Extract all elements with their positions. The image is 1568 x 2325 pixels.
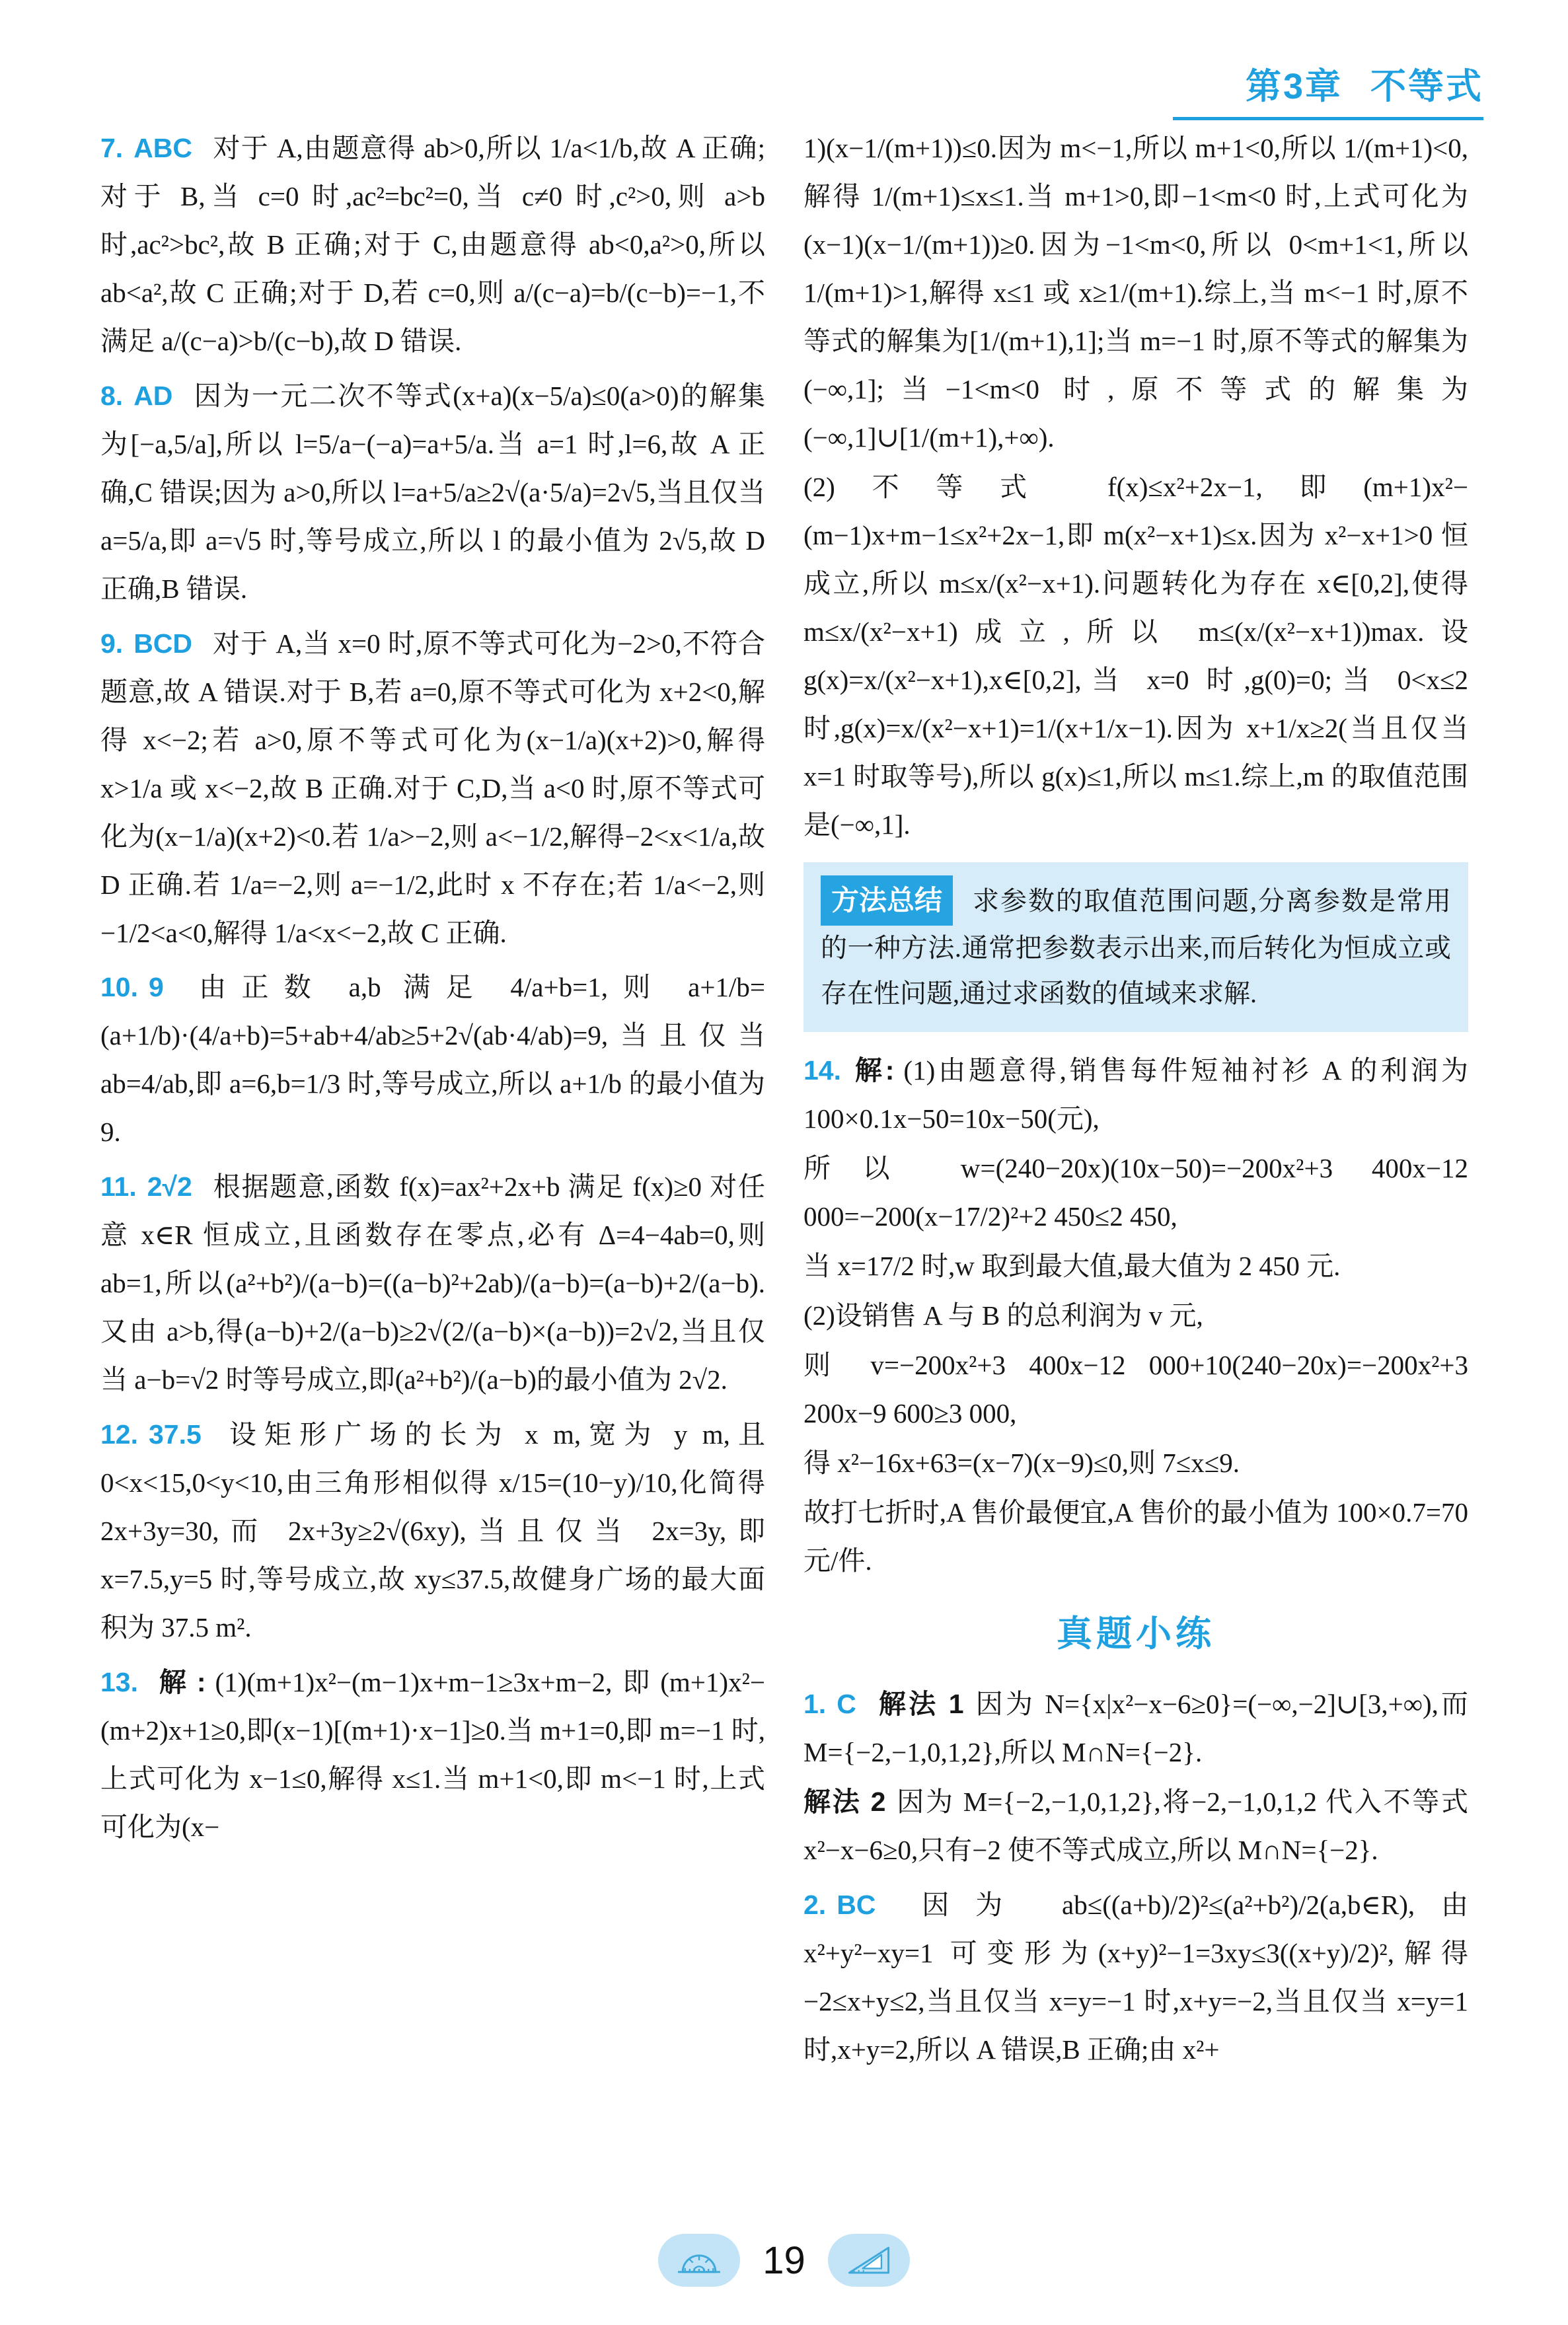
- item-answer: BCD: [133, 628, 192, 659]
- part-text: 1)(x−1/(m+1))≤0.因为 m<−1,所以 m+1<0,所以 1/(m…: [803, 133, 1468, 453]
- item-answer: 2√2: [147, 1171, 192, 1202]
- solution-paragraph: 解法 2因为 M={−2,−1,0,1,2},将−2,−1,0,1,2 代入不等…: [803, 1778, 1468, 1874]
- item-number: 11.: [100, 1171, 137, 1202]
- item-number: 2.: [803, 1890, 826, 1920]
- solution-item: 7.ABC对于 A,由题意得 ab>0,所以 1/a<1/b,故 A 正确;对于…: [100, 124, 765, 365]
- item-answer: 9: [149, 972, 164, 1002]
- item-answer: AD: [133, 381, 172, 411]
- solution-item: 12.37.5设矩形广场的长为 x m,宽为 y m,且 0<x<15,0<y<…: [100, 1411, 765, 1652]
- chapter-heading: 第3章不等式: [1173, 58, 1483, 109]
- part-label: 解法 2: [803, 1787, 885, 1817]
- part-text: (2)设销售 A 与 B 的总利润为 v 元,: [803, 1300, 1203, 1331]
- solution-item: 2.BC因为 ab≤((a+b)/2)²≤(a²+b²)/2(a,b∈R),由 …: [803, 1881, 1468, 2074]
- chapter-title: 不等式: [1370, 67, 1483, 106]
- item-answer: BC: [837, 1890, 876, 1920]
- part-label: 解:: [149, 1667, 206, 1697]
- part-text: 故打七折时,A 售价最便宜,A 售价的最小值为 100×0.7=70 元/件.: [803, 1497, 1468, 1576]
- solution-paragraph: 所以 w=(240−20x)(10x−50)=−200x²+3 400x−12 …: [803, 1144, 1468, 1241]
- part-text: 因为 M={−2,−1,0,1,2},将−2,−1,0,1,2 代入不等式 x²…: [803, 1787, 1468, 1865]
- set-square-glyph: [843, 2243, 895, 2277]
- solution-item: 1)(x−1/(m+1))≤0.因为 m<−1,所以 m+1<0,所以 1/(m…: [803, 124, 1468, 849]
- item-number: 12.: [100, 1419, 138, 1450]
- page-number: 19: [763, 2238, 805, 2283]
- textbook-page: 第3章不等式 7.ABC对于 A,由题意得 ab>0,所以 1/a<1/b,故 …: [0, 0, 1568, 2325]
- part-text: 对于 A,当 x=0 时,原不等式可化为−2>0,不符合题意,故 A 错误.对于…: [100, 628, 765, 948]
- header-rule: [1173, 117, 1483, 120]
- item-answer: 37.5: [149, 1419, 202, 1450]
- item-number: 13.: [100, 1667, 138, 1697]
- solution-item: 13.解:(1)(m+1)x²−(m−1)x+m−1≥3x+m−2,即(m+1)…: [100, 1658, 765, 1851]
- part-text: 因为 ab≤((a+b)/2)²≤(a²+b²)/2(a,b∈R),由 x²+y…: [803, 1890, 1468, 2065]
- part-text: (1)由题意得,销售每件短袖衬衫 A 的利润为 100×0.1x−50=10x−…: [803, 1055, 1468, 1134]
- solution-paragraph: 故打七折时,A 售价最便宜,A 售价的最小值为 100×0.7=70 元/件.: [803, 1489, 1468, 1585]
- part-text: 所以 w=(240−20x)(10x−50)=−200x²+3 400x−12 …: [803, 1153, 1468, 1232]
- solution-paragraph: 当 x=17/2 时,w 取到最大值,最大值为 2 450 元.: [803, 1242, 1468, 1290]
- solution-item: 8.AD因为一元二次不等式(x+a)(x−5/a)≤0(a>0)的解集为[−a,…: [100, 372, 765, 613]
- part-label: 解法 1: [876, 1689, 964, 1719]
- item-number: 9.: [100, 628, 123, 659]
- solution-paragraph: (2)设销售 A 与 B 的总利润为 v 元,: [803, 1292, 1468, 1340]
- item-answer: ABC: [133, 133, 192, 163]
- solution-item: 9.BCD对于 A,当 x=0 时,原不等式可化为−2>0,不符合题意,故 A …: [100, 620, 765, 957]
- set-square-icon: [828, 2234, 910, 2287]
- part-text: 根据题意,函数 f(x)=ax²+2x+b 满足 f(x)≥0 对任意 x∈R …: [100, 1171, 765, 1395]
- solution-columns: 7.ABC对于 A,由题意得 ab>0,所以 1/a<1/b,故 A 正确;对于…: [100, 124, 1468, 2200]
- item-number: 1.: [803, 1689, 826, 1719]
- part-text: 得 x²−16x+63=(x−7)(x−9)≤0,则 7≤x≤9.: [803, 1448, 1240, 1478]
- solution-paragraph: (2)不等式 f(x)≤x²+2x−1,即(m+1)x²−(m−1)x+m−1≤…: [803, 463, 1468, 849]
- protractor-glyph: [673, 2243, 725, 2277]
- item-number: 7.: [100, 133, 123, 163]
- part-text: 由正数 a,b 满足 4/a+b=1,则 a+1/b=(a+1/b)·(4/a+…: [100, 972, 765, 1147]
- part-text: 因为一元二次不等式(x+a)(x−5/a)≤0(a>0)的解集为[−a,5/a]…: [100, 381, 765, 604]
- section-title: 真题小练: [803, 1602, 1468, 1666]
- solution-item: 1.C解法 1因为 N={x|x²−x−6≥0}=(−∞,−2]∪[3,+∞),…: [803, 1680, 1468, 1874]
- part-text: 设矩形广场的长为 x m,宽为 y m,且 0<x<15,0<y<10,由三角形…: [100, 1419, 765, 1642]
- right-column: 1)(x−1/(m+1))≤0.因为 m<−1,所以 m+1<0,所以 1/(m…: [803, 124, 1468, 2200]
- item-number: 14.: [803, 1055, 841, 1086]
- method-summary-box: 方法总结求参数的取值范围问题,分离参数是常用的一种方法.通常把参数表示出来,而后…: [803, 862, 1468, 1033]
- solution-item: 14.解:(1)由题意得,销售每件短袖衬衫 A 的利润为 100×0.1x−50…: [803, 1047, 1468, 1585]
- page-header: 第3章不等式: [1173, 58, 1483, 120]
- solution-item: 10.9由正数 a,b 满足 4/a+b=1,则 a+1/b=(a+1/b)·(…: [100, 963, 765, 1156]
- item-answer: C: [837, 1689, 856, 1719]
- method-summary-label: 方法总结: [821, 875, 953, 926]
- part-text: (2)不等式 f(x)≤x²+2x−1,即(m+1)x²−(m−1)x+m−1≤…: [803, 472, 1468, 840]
- left-column: 7.ABC对于 A,由题意得 ab>0,所以 1/a<1/b,故 A 正确;对于…: [100, 124, 765, 2200]
- item-number: 8.: [100, 381, 123, 411]
- solution-paragraph: 得 x²−16x+63=(x−7)(x−9)≤0,则 7≤x≤9.: [803, 1439, 1468, 1487]
- part-label: 解:: [852, 1055, 894, 1086]
- protractor-icon: [658, 2234, 740, 2287]
- part-text: 当 x=17/2 时,w 取到最大值,最大值为 2 450 元.: [803, 1251, 1340, 1281]
- solution-paragraph: 则 v=−200x²+3 400x−12 000+10(240−20x)=−20…: [803, 1341, 1468, 1438]
- item-number: 10.: [100, 972, 138, 1002]
- part-text: 则 v=−200x²+3 400x−12 000+10(240−20x)=−20…: [803, 1350, 1468, 1428]
- solution-item: 11.2√2根据题意,函数 f(x)=ax²+2x+b 满足 f(x)≥0 对任…: [100, 1163, 765, 1404]
- chapter-label: 第3章: [1246, 67, 1343, 106]
- page-footer: 19: [0, 2234, 1568, 2287]
- part-text: 对于 A,由题意得 ab>0,所以 1/a<1/b,故 A 正确;对于 B,当 …: [100, 133, 765, 356]
